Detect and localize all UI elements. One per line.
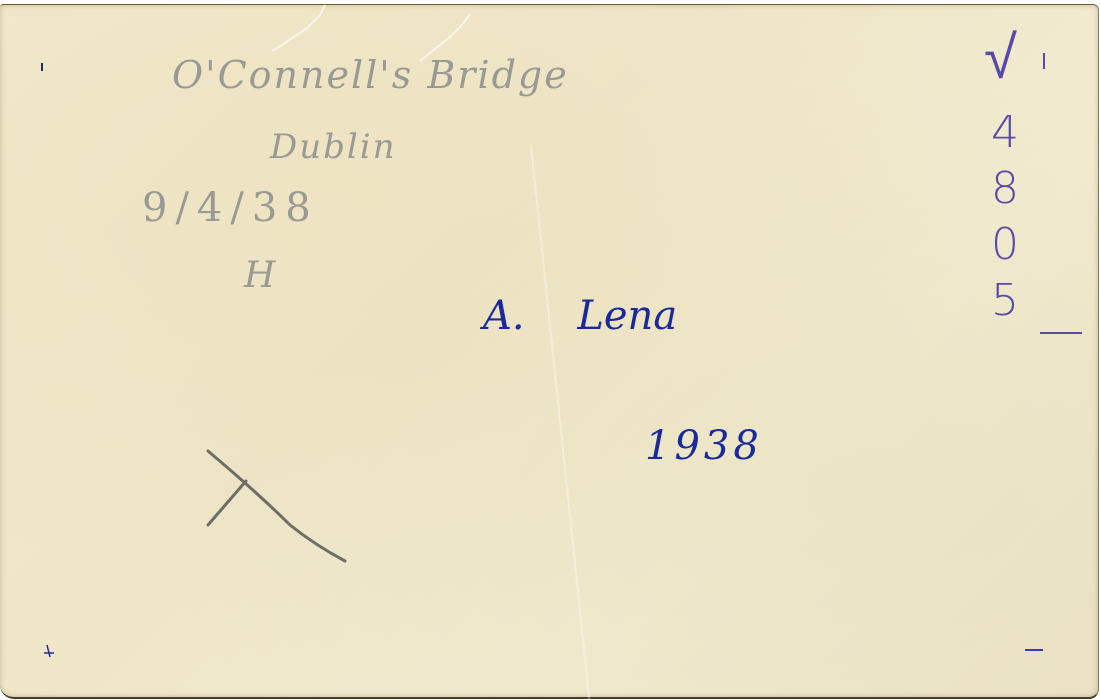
margin-dash — [1040, 332, 1082, 334]
name-note: A. Lena — [483, 293, 677, 339]
photo-back-card: O'Connell's Bridge Dublin 9/4/38 H A. Le… — [0, 4, 1099, 699]
paper-crease — [530, 145, 591, 700]
corner-mark-bottom-right — [1025, 649, 1043, 651]
year-note: 1938 — [645, 423, 763, 469]
margin-tick — [1043, 53, 1045, 69]
check-mark: √ — [984, 23, 1017, 93]
location-line-2: Dublin — [270, 127, 397, 167]
vertical-digit: 4 — [991, 105, 1019, 161]
corner-mark-bottom-left — [40, 641, 60, 661]
pencil-t-mark — [200, 445, 360, 575]
vertical-digit: 8 — [991, 161, 1019, 217]
vertical-digit: 5 — [991, 273, 1019, 329]
vertical-number: 4 8 0 5 — [983, 105, 1027, 329]
initial-note: H — [244, 255, 277, 296]
vertical-digit: 0 — [991, 217, 1019, 273]
corner-mark-top-left — [41, 63, 43, 71]
date-note: 9/4/38 — [142, 185, 319, 231]
location-line-1: O'Connell's Bridge — [172, 53, 569, 97]
